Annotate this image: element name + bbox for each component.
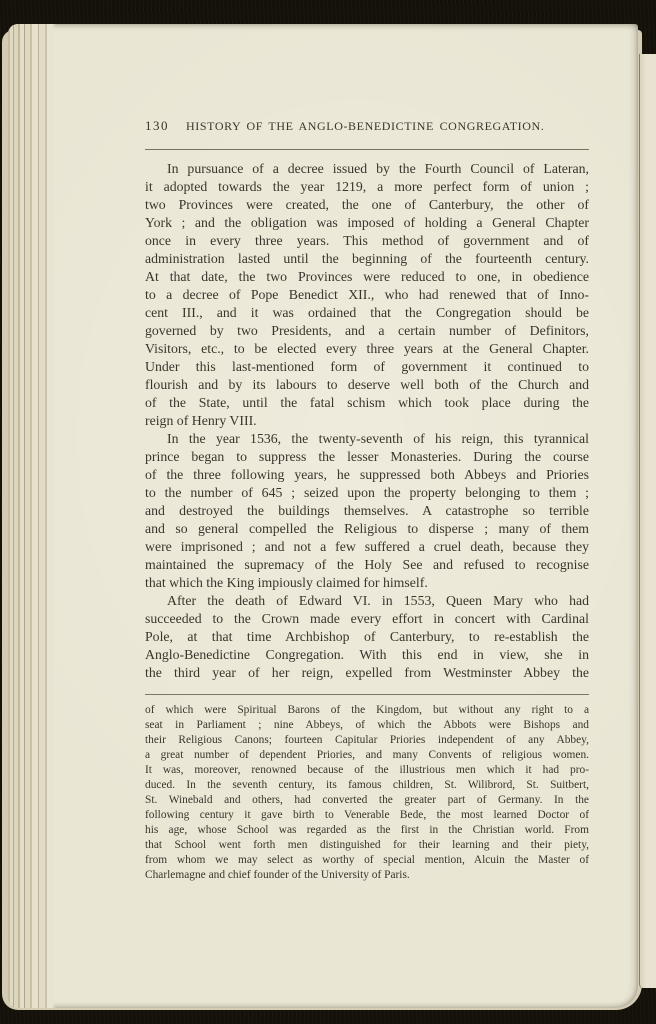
text-line: of the three following years, he suppres… <box>145 466 589 484</box>
running-title: HISTORY OF THE ANGLO-BENEDICTINE CONGREG… <box>186 119 544 134</box>
text-line: it adopted towards the year 1219, a more… <box>145 178 589 196</box>
text-line: the third year of her reign, expelled fr… <box>145 664 589 682</box>
text-line: At that date, the two Provinces were red… <box>145 268 589 286</box>
text-line: governed by two Presidents, and a certai… <box>145 322 589 340</box>
footnote-rule <box>145 694 589 695</box>
text-column: 130 HISTORY OF THE ANGLO-BENEDICTINE CON… <box>145 24 589 1008</box>
text-line: Visitors, etc., to be elected every thre… <box>145 340 589 358</box>
text-line: In pursuance of a decree issued by the F… <box>145 160 589 178</box>
text-line: to the number of 645 ; seized upon the p… <box>145 484 589 502</box>
text-line: Under this last-mentioned form of govern… <box>145 358 589 376</box>
page-header: 130 HISTORY OF THE ANGLO-BENEDICTINE CON… <box>145 118 589 134</box>
text-line: that School went forth men distinguished… <box>145 838 589 853</box>
text-line: and destroyed the buildings themselves. … <box>145 502 589 520</box>
header-rule <box>145 149 589 150</box>
text-line: It was, moreover, renowned because of th… <box>145 763 589 778</box>
text-line: succeeded to the Crown made every effort… <box>145 610 589 628</box>
text-line: reign of Henry VIII. <box>145 412 589 430</box>
text-line: seat in Parliament ; nine Abbeys, of whi… <box>145 718 589 733</box>
text-line: were imprisoned ; and not a few suffered… <box>145 538 589 556</box>
text-line: Pole, at that time Archbishop of Canterb… <box>145 628 589 646</box>
paragraph: of which were Spiritual Barons of the Ki… <box>145 703 589 883</box>
text-line: to a decree of Pope Benedict XII., who h… <box>145 286 589 304</box>
scan-background: 130 HISTORY OF THE ANGLO-BENEDICTINE CON… <box>0 0 656 1024</box>
text-line: administration lasted until the beginnin… <box>145 250 589 268</box>
text-line: duced. In the seventh century, its famou… <box>145 778 589 793</box>
text-line: York ; and the obligation was imposed of… <box>145 214 589 232</box>
text-line: that which the King impiously claimed fo… <box>145 574 589 592</box>
paragraph: In pursuance of a decree issued by the F… <box>145 160 589 430</box>
text-line: following century it gave birth to Vener… <box>145 808 589 823</box>
text-line: once in every three years. This method o… <box>145 232 589 250</box>
text-line: from whom we may select as worthy of spe… <box>145 853 589 868</box>
text-line: cent III., and it was ordained that the … <box>145 304 589 322</box>
paragraph: In the year 1536, the twenty-seventh of … <box>145 430 589 592</box>
text-line: After the death of Edward VI. in 1553, Q… <box>145 592 589 610</box>
text-line: In the year 1536, the twenty-seventh of … <box>145 430 589 448</box>
text-line: Anglo-Benedictine Congregation. With thi… <box>145 646 589 664</box>
text-line: a great number of dependent Priories, an… <box>145 748 589 763</box>
body-text: In pursuance of a decree issued by the F… <box>145 160 589 682</box>
text-line: of which were Spiritual Barons of the Ki… <box>145 703 589 718</box>
text-line: Charlemagne and chief founder of the Uni… <box>145 868 589 883</box>
text-line: and so general compelled the Religious t… <box>145 520 589 538</box>
text-line: flourish and by its labours to deserve w… <box>145 376 589 394</box>
page-edge-stripes <box>8 24 56 1008</box>
text-line: maintained the supremacy of the Holy See… <box>145 556 589 574</box>
footnote-text: of which were Spiritual Barons of the Ki… <box>145 703 589 883</box>
adjacent-page-edge <box>639 54 656 988</box>
book-page: 130 HISTORY OF THE ANGLO-BENEDICTINE CON… <box>8 24 638 1008</box>
page-number: 130 <box>145 118 169 134</box>
text-line: two Provinces were created, the one of C… <box>145 196 589 214</box>
paragraph: After the death of Edward VI. in 1553, Q… <box>145 592 589 682</box>
text-line: of the State, until the fatal schism whi… <box>145 394 589 412</box>
text-line: his age, whose School was regarded as th… <box>145 823 589 838</box>
text-line: their Religious Canons; fourteen Capitul… <box>145 733 589 748</box>
text-line: prince began to suppress the lesser Mona… <box>145 448 589 466</box>
text-line: St. Winebald and others, had converted t… <box>145 793 589 808</box>
